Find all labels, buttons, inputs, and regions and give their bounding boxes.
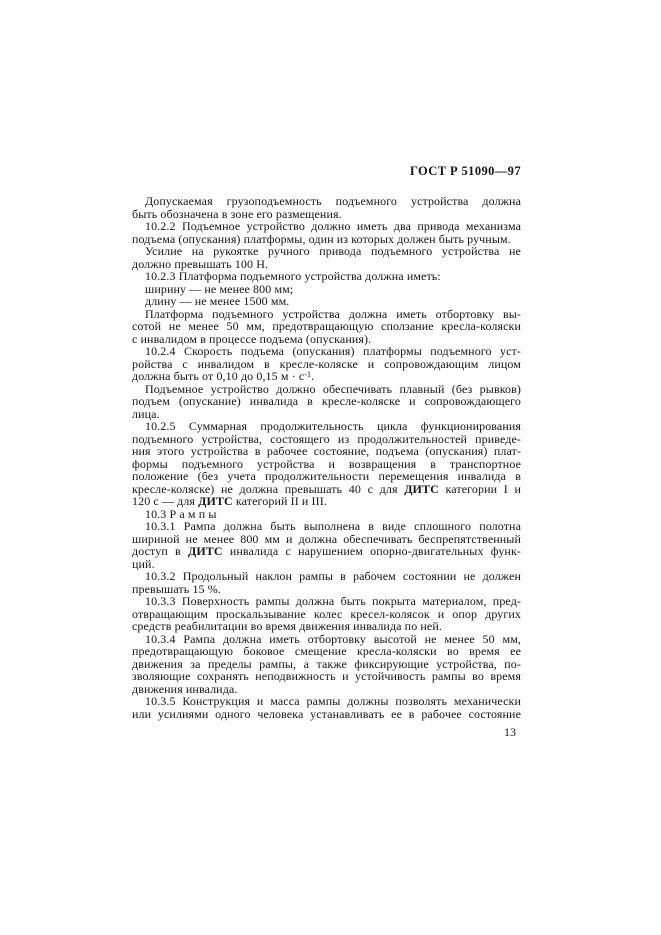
text-line: Усилие на рукоятке ручного привода подъе…	[132, 245, 521, 258]
bold-abbreviation: ДИТС	[404, 482, 439, 496]
text-line: 10.3.3 Поверхность рампы должна быть пок…	[132, 595, 521, 608]
text-line: сотой не менее 50 мм, предотвращающую сп…	[132, 320, 521, 333]
text-line: ния этого устройства в рабочее состояние…	[132, 445, 521, 458]
paragraph: Платформа подъемного устройства должна и…	[132, 308, 521, 346]
paragraph: 10.3.1 Рампа должна быть выполнена в вид…	[132, 520, 521, 570]
text-line: 10.2.4 Скорость подъема (опускания) плат…	[132, 345, 521, 358]
paragraph: 10.2.5 Суммарная продолжительность цикла…	[132, 420, 521, 508]
superscript-exponent: -1	[304, 370, 311, 379]
paragraph: длину — не менее 1500 мм.	[132, 295, 521, 308]
document-page: ГОСТ Р 51090—97 Допускаемая грузоподъемн…	[0, 0, 661, 935]
text-line: зволяющие сохранять неподвижность и усто…	[132, 670, 521, 683]
paragraph: 10.3.3 Поверхность рампы должна быть пок…	[132, 595, 521, 633]
text-line: 10.2.5 Суммарная продолжительность цикла…	[132, 420, 521, 433]
text-line: Допускаемая грузоподъемность подъемного …	[132, 195, 521, 208]
paragraph: Подъемное устройство должно обеспечивать…	[132, 383, 521, 421]
text-line: 10.3.2 Продольный наклон рампы в рабочем…	[132, 570, 521, 583]
text-line: 10.3.1 Рампа должна быть выполнена в вид…	[132, 520, 521, 533]
text-line: 10.3.5 Конструкция и масса рампы должны …	[132, 695, 521, 708]
text-line: 10.2.3 Платформа подъемного устройства д…	[132, 270, 521, 283]
paragraph: 10.3.4 Рампа должна иметь отбортовку выс…	[132, 633, 521, 696]
text-line: предотвращающую боковое смещение кресла-…	[132, 645, 521, 658]
text-block: Допускаемая грузоподъемность подъемного …	[132, 195, 521, 720]
paragraph: 10.2.2 Подъемное устройство должно иметь…	[132, 220, 521, 245]
paragraph: 10.2.3 Платформа подъемного устройства д…	[132, 270, 521, 283]
page-number: 13	[132, 725, 516, 740]
text-line: положение (без учета продолжительности п…	[132, 470, 521, 483]
text-line: должна быть от 0,10 до 0,15 м · с-1.	[132, 370, 521, 383]
text-line: длину — не менее 1500 мм.	[132, 295, 521, 308]
paragraph: 10.2.4 Скорость подъема (опускания) плат…	[132, 345, 521, 383]
text-line: подъем (опускание) инвалида в кресле-кол…	[132, 395, 521, 408]
bold-abbreviation: ДИТС	[188, 544, 223, 558]
document-code-header: ГОСТ Р 51090—97	[132, 164, 521, 179]
text-line: доступ в ДИТС инвалида с нарушением опор…	[132, 545, 521, 558]
text-line: средств реабилитации во время движения и…	[132, 620, 521, 633]
text-line: 10.2.2 Подъемное устройство должно иметь…	[132, 220, 521, 233]
paragraph: 10.3.2 Продольный наклон рампы в рабочем…	[132, 570, 521, 595]
paragraph: Допускаемая грузоподъемность подъемного …	[132, 195, 521, 220]
paragraph: 10.3.5 Конструкция и масса рампы должны …	[132, 695, 521, 720]
bold-abbreviation: ДИТС	[198, 494, 233, 508]
text-line: 120 с — для ДИТС категорий II и III.	[132, 495, 521, 508]
text-line: или усилиями одного человека устанавлива…	[132, 708, 521, 721]
paragraph: Усилие на рукоятке ручного привода подъе…	[132, 245, 521, 270]
